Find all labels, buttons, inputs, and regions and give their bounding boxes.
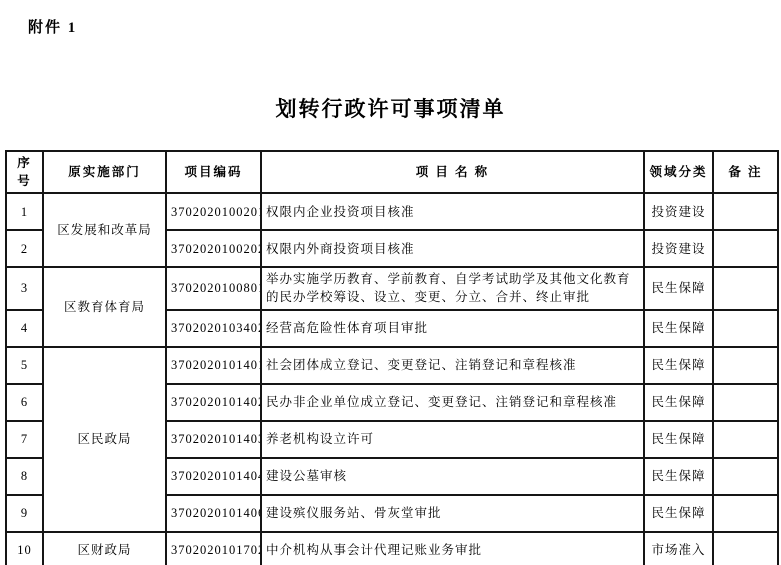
project-name-cell: 民办非企业单位成立登记、变更登记、注销登记和章程核准: [261, 384, 644, 421]
row-number-cell: 9: [6, 495, 43, 532]
department-cell: 区教育体育局: [43, 267, 166, 346]
remark-cell: [713, 458, 778, 495]
category-cell: 民生保障: [644, 458, 713, 495]
category-cell: 市场准入: [644, 532, 713, 565]
header-field-category: 领域分类: [644, 151, 713, 193]
project-name-cell: 建设公墓审核: [261, 458, 644, 495]
page-title: 划转行政许可事项清单: [0, 93, 781, 123]
project-code-cell: 3702020101402: [166, 384, 261, 421]
table-row: 3 区教育体育局3702020100801 举办实施学历教育、学前教育、自学考试…: [6, 267, 778, 309]
table-row: 10 区财政局3702020101702 中介机构从事会计代理记账业务审批 市场…: [6, 532, 778, 565]
project-name-cell: 权限内外商投资项目核准: [261, 230, 644, 267]
project-name-cell: 养老机构设立许可: [261, 421, 644, 458]
remark-cell: [713, 421, 778, 458]
remark-cell: [713, 495, 778, 532]
row-number-cell: 6: [6, 384, 43, 421]
row-number-cell: 5: [6, 347, 43, 384]
table-header-row: 序号 原实施部门 项目编码 项 目 名 称 领域分类 备 注: [6, 151, 778, 193]
project-code-cell: 3702020100202: [166, 230, 261, 267]
project-code-cell: 3702020100201: [166, 193, 261, 230]
row-number-cell: 1: [6, 193, 43, 230]
remark-cell: [713, 230, 778, 267]
permit-table: 序号 原实施部门 项目编码 项 目 名 称 领域分类 备 注 1 区发展和改革局…: [5, 150, 779, 565]
row-number-cell: 7: [6, 421, 43, 458]
project-code-cell: 3702020101401: [166, 347, 261, 384]
category-cell: 民生保障: [644, 384, 713, 421]
department-cell: 区民政局: [43, 347, 166, 532]
row-number-cell: 10: [6, 532, 43, 565]
row-number-cell: 8: [6, 458, 43, 495]
project-name-cell: 权限内企业投资项目核准: [261, 193, 644, 230]
project-code-cell: 3702020101404: [166, 458, 261, 495]
remark-cell: [713, 532, 778, 565]
attachment-label: 附件 1: [28, 16, 77, 37]
category-cell: 民生保障: [644, 267, 713, 309]
header-original-department: 原实施部门: [43, 151, 166, 193]
department-cell: 区财政局: [43, 532, 166, 565]
project-code-cell: 3702020101702: [166, 532, 261, 565]
project-code-cell: 3702020100801: [166, 267, 261, 309]
permit-table-body: 1 区发展和改革局3702020100201 权限内企业投资项目核准 投资建设 …: [6, 193, 778, 565]
project-name-cell: 中介机构从事会计代理记账业务审批: [261, 532, 644, 565]
project-name-cell: 经营高危险性体育项目审批: [261, 310, 644, 347]
department-cell: 区发展和改革局: [43, 193, 166, 267]
remark-cell: [713, 347, 778, 384]
remark-cell: [713, 310, 778, 347]
remark-cell: [713, 267, 778, 309]
category-cell: 投资建设: [644, 230, 713, 267]
remark-cell: [713, 384, 778, 421]
row-number-cell: 3: [6, 267, 43, 309]
table-row: 1 区发展和改革局3702020100201 权限内企业投资项目核准 投资建设: [6, 193, 778, 230]
category-cell: 民生保障: [644, 495, 713, 532]
remark-cell: [713, 193, 778, 230]
row-number-cell: 2: [6, 230, 43, 267]
category-cell: 民生保障: [644, 347, 713, 384]
row-number-cell: 4: [6, 310, 43, 347]
project-name-cell: 举办实施学历教育、学前教育、自学考试助学及其他文化教育的民办学校筹设、设立、变更…: [261, 267, 644, 309]
project-code-cell: 3702020101406: [166, 495, 261, 532]
category-cell: 民生保障: [644, 310, 713, 347]
category-cell: 投资建设: [644, 193, 713, 230]
header-remark: 备 注: [713, 151, 778, 193]
project-code-cell: 3702020101403: [166, 421, 261, 458]
table-row: 5 区民政局3702020101401 社会团体成立登记、变更登记、注销登记和章…: [6, 347, 778, 384]
header-project-name: 项 目 名 称: [261, 151, 644, 193]
project-name-cell: 社会团体成立登记、变更登记、注销登记和章程核准: [261, 347, 644, 384]
header-project-code: 项目编码: [166, 151, 261, 193]
category-cell: 民生保障: [644, 421, 713, 458]
project-code-cell: 3702020103402: [166, 310, 261, 347]
header-serial-number: 序号: [6, 151, 43, 193]
project-name-cell: 建设殡仪服务站、骨灰堂审批: [261, 495, 644, 532]
